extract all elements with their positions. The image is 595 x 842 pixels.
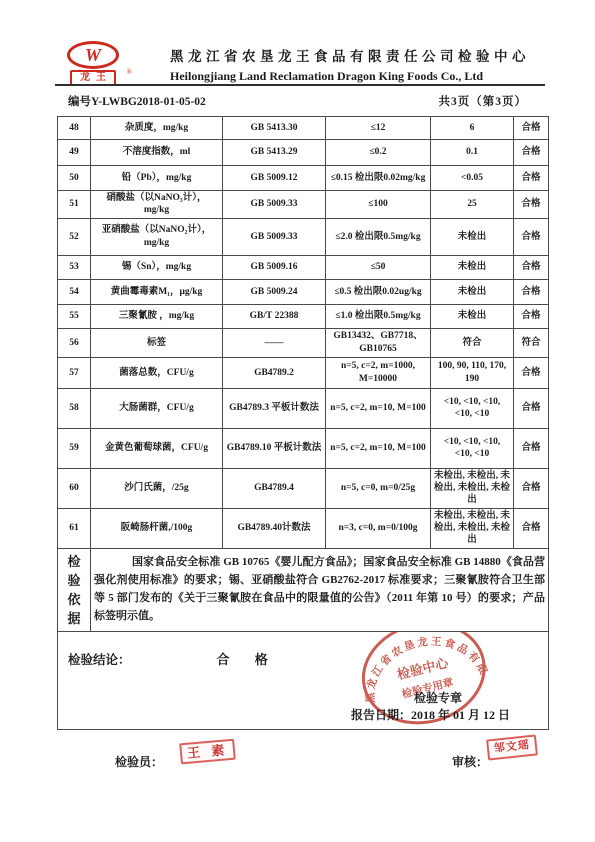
single-conclusion: 合格 <box>514 508 549 548</box>
requirement: ≤100 <box>326 191 431 219</box>
table-row: 48杂质度，mg/kgGB 5413.30≤126合格 <box>58 117 549 140</box>
test-method: GB 5009.33 <box>223 191 326 219</box>
subheader: 编号Y-LWBG2018-01-05-02 共3页（第3页） <box>57 93 547 109</box>
item-name: 金黄色葡萄球菌，CFU/g <box>91 428 223 468</box>
conclusion-line: 检验结论：合 格 <box>68 652 279 669</box>
table-row: 58大肠菌群，CFU/gGB4789.3 平板计数法n=5, c=2, m=10… <box>58 388 549 428</box>
item-name: 三聚氰胺 ，mg/kg <box>91 304 223 328</box>
row-no: 59 <box>58 428 91 468</box>
test-method: GB 5009.24 <box>223 279 326 304</box>
result: 100, 90, 110, 170, 190 <box>431 357 514 388</box>
result: 未检出 <box>431 218 514 255</box>
reviewer-name-stamp: 邹文瑶 <box>486 734 538 760</box>
basis-label: 检验依据 <box>67 552 81 628</box>
item-name: 大肠菌群，CFU/g <box>91 388 223 428</box>
row-no: 57 <box>58 357 91 388</box>
results-table-body: 48杂质度，mg/kgGB 5413.30≤126合格49不溶度指数，mlGB … <box>58 117 549 549</box>
test-method: GB4789.10 平板计数法 <box>223 428 326 468</box>
conclusion-cell: 检验结论：合 格 黑龙江省农垦龙王食品有限责任公司 检验中心 检验专用章 <box>58 631 549 729</box>
result: 未检出 <box>431 304 514 328</box>
report-number-value: Y-LWBG2018-01-05-02 <box>91 96 206 108</box>
reviewer-label: 审核： <box>452 753 488 770</box>
result: 0.1 <box>431 140 514 166</box>
result: 未检出, 未检出, 未检出, 未检出, 未检出 <box>431 468 514 508</box>
seal-caption: 检验专章 <box>414 691 462 707</box>
table-row: 59金黄色葡萄球菌，CFU/gGB4789.10 平板计数法n=5, c=2, … <box>58 428 549 468</box>
row-no: 51 <box>58 191 91 219</box>
item-name: 标签 <box>91 328 223 357</box>
inspection-report-page: W 龙王 ® 黑龙江省农垦龙王食品有限责任公司检验中心 Heilongjiang… <box>0 0 595 842</box>
table-row: 56标签——GB13432、GB7718、GB10765符合符合 <box>58 328 549 357</box>
table-row: 51硝酸盐（以NaNO₃计），mg/kgGB 5009.33≤10025合格 <box>58 191 549 219</box>
single-conclusion: 合格 <box>514 255 549 279</box>
table-row: 55三聚氰胺 ，mg/kgGB/T 22388≤1.0 检出限0.5mg/kg未… <box>58 304 549 328</box>
row-no: 48 <box>58 117 91 140</box>
single-conclusion: 合格 <box>514 468 549 508</box>
result: 未检出 <box>431 279 514 304</box>
test-method: GB 5009.12 <box>223 166 326 191</box>
test-method: GB 5009.16 <box>223 255 326 279</box>
single-conclusion: 合格 <box>514 117 549 140</box>
logo-w-letter: W <box>85 46 101 64</box>
item-name: 锡（Sn），mg/kg <box>91 255 223 279</box>
row-no: 54 <box>58 279 91 304</box>
report-number-label: 编号 <box>68 96 91 108</box>
item-name: 硝酸盐（以NaNO₃计），mg/kg <box>91 191 223 219</box>
single-conclusion: 合格 <box>514 191 549 219</box>
single-conclusion: 符合 <box>514 328 549 357</box>
item-name: 阪崎肠杆菌,/100g <box>91 508 223 548</box>
result: 25 <box>431 191 514 219</box>
result: 未检出, 未检出, 未检出, 未检出, 未检出 <box>431 508 514 548</box>
basis-text-cell: 国家食品安全标准 GB 10765《婴儿配方食品》；国家食品安全标准 GB 14… <box>91 548 549 631</box>
test-method: GB 5413.30 <box>223 117 326 140</box>
requirement: ≤2.0 检出限0.5mg/kg <box>326 218 431 255</box>
conclusion-label: 检验结论： <box>68 653 131 667</box>
single-conclusion: 合格 <box>514 388 549 428</box>
test-method: —— <box>223 328 326 357</box>
requirement: ≤1.0 检出限0.5mg/kg <box>326 304 431 328</box>
row-no: 53 <box>58 255 91 279</box>
item-name: 沙门氏菌，/25g <box>91 468 223 508</box>
row-no: 58 <box>58 388 91 428</box>
result: <0.05 <box>431 166 514 191</box>
test-method: GB4789.3 平板计数法 <box>223 388 326 428</box>
test-method: GB 5413.29 <box>223 140 326 166</box>
single-conclusion: 合格 <box>514 166 549 191</box>
table-row: 50铅（Pb），mg/kgGB 5009.12≤0.15 检出限0.02mg/k… <box>58 166 549 191</box>
table-row: 49不溶度指数，mlGB 5413.29≤0.20.1合格 <box>58 140 549 166</box>
requirement: ≤12 <box>326 117 431 140</box>
result: <10, <10, <10, <10, <10 <box>431 428 514 468</box>
table-row: 52亚硝酸盐（以NaNO₂计），mg/kgGB 5009.33≤2.0 检出限0… <box>58 218 549 255</box>
test-method: GB4789.4 <box>223 468 326 508</box>
results-table: 48杂质度，mg/kgGB 5413.30≤126合格49不溶度指数，mlGB … <box>57 116 549 730</box>
table-row: 53锡（Sn），mg/kgGB 5009.16≤50未检出合格 <box>58 255 549 279</box>
basis-row: 检验依据 国家食品安全标准 GB 10765《婴儿配方食品》；国家食品安全标准 … <box>58 548 549 631</box>
title-block: 黑龙江省农垦龙王食品有限责任公司检验中心 Heilongjiang Land R… <box>170 45 546 84</box>
row-no: 55 <box>58 304 91 328</box>
result: 未检出 <box>431 255 514 279</box>
result: <10, <10, <10, <10, <10 <box>431 388 514 428</box>
row-no: 52 <box>58 218 91 255</box>
basis-text: 国家食品安全标准 GB 10765《婴儿配方食品》；国家食品安全标准 GB 14… <box>94 554 545 625</box>
inspector-label: 检验员： <box>115 753 163 770</box>
requirement: ≤0.5 检出限0.02ug/kg <box>326 279 431 304</box>
single-conclusion: 合格 <box>514 140 549 166</box>
conclusion-row: 检验结论：合 格 黑龙江省农垦龙王食品有限责任公司 检验中心 检验专用章 <box>58 631 549 729</box>
header-divider <box>55 84 545 86</box>
row-no: 60 <box>58 468 91 508</box>
test-method: GB4789.2 <box>223 357 326 388</box>
basis-label-cell: 检验依据 <box>58 548 91 631</box>
row-no: 56 <box>58 328 91 357</box>
item-name: 菌落总数，CFU/g <box>91 357 223 388</box>
company-name-en: Heilongjiang Land Reclamation Dragon Kin… <box>170 69 546 84</box>
item-name: 黄曲霉毒素M₁，μg/kg <box>91 279 223 304</box>
page-count: 共3页（第3页） <box>439 93 528 109</box>
item-name: 铅（Pb），mg/kg <box>91 166 223 191</box>
test-method: GB/T 22388 <box>223 304 326 328</box>
requirement: n=5, c=2, m=1000, M=10000 <box>326 357 431 388</box>
requirement: ≤0.15 检出限0.02mg/kg <box>326 166 431 191</box>
seal-center-line1: 检验中心 <box>396 655 451 682</box>
company-logo: W 龙王 ® <box>62 41 124 86</box>
row-no: 49 <box>58 140 91 166</box>
inspector-name-stamp: 王 素 <box>179 739 236 765</box>
result: 符合 <box>431 328 514 357</box>
company-name-cn: 黑龙江省农垦龙王食品有限责任公司检验中心 <box>170 45 546 65</box>
requirement: GB13432、GB7718、GB10765 <box>326 328 431 357</box>
single-conclusion: 合格 <box>514 428 549 468</box>
table-row: 54黄曲霉毒素M₁，μg/kgGB 5009.24≤0.5 检出限0.02ug/… <box>58 279 549 304</box>
item-name: 不溶度指数，ml <box>91 140 223 166</box>
item-name: 亚硝酸盐（以NaNO₂计），mg/kg <box>91 218 223 255</box>
requirement: n=5, c=2, m=10, M=100 <box>326 388 431 428</box>
table-row: 60沙门氏菌，/25gGB4789.4n=5, c=0, m=0/25g未检出,… <box>58 468 549 508</box>
requirement: n=5, c=2, m=10, M=100 <box>326 428 431 468</box>
logo-ellipse-icon: W <box>67 41 119 69</box>
requirement: n=5, c=0, m=0/25g <box>326 468 431 508</box>
test-method: GB4789.40计数法 <box>223 508 326 548</box>
row-no: 50 <box>58 166 91 191</box>
table-row: 61阪崎肠杆菌,/100gGB4789.40计数法n=3, c=0, m=0/1… <box>58 508 549 548</box>
registered-trademark-icon: ® <box>127 68 132 76</box>
table-row: 57菌落总数，CFU/gGB4789.2n=5, c=2, m=1000, M=… <box>58 357 549 388</box>
single-conclusion: 合格 <box>514 304 549 328</box>
single-conclusion: 合格 <box>514 357 549 388</box>
single-conclusion: 合格 <box>514 218 549 255</box>
conclusion-value: 合 格 <box>217 652 279 667</box>
requirement: ≤0.2 <box>326 140 431 166</box>
report-number: 编号Y-LWBG2018-01-05-02 <box>68 93 206 109</box>
requirement: ≤50 <box>326 255 431 279</box>
requirement: n=3, c=0, m=0/100g <box>326 508 431 548</box>
single-conclusion: 合格 <box>514 279 549 304</box>
report-date: 报告日期：2018 年 01 月 12 日 <box>351 708 510 724</box>
result: 6 <box>431 117 514 140</box>
test-method: GB 5009.33 <box>223 218 326 255</box>
row-no: 61 <box>58 508 91 548</box>
item-name: 杂质度，mg/kg <box>91 117 223 140</box>
signature-row: 检验员： 王 素 审核： 邹文瑶 <box>0 740 595 780</box>
